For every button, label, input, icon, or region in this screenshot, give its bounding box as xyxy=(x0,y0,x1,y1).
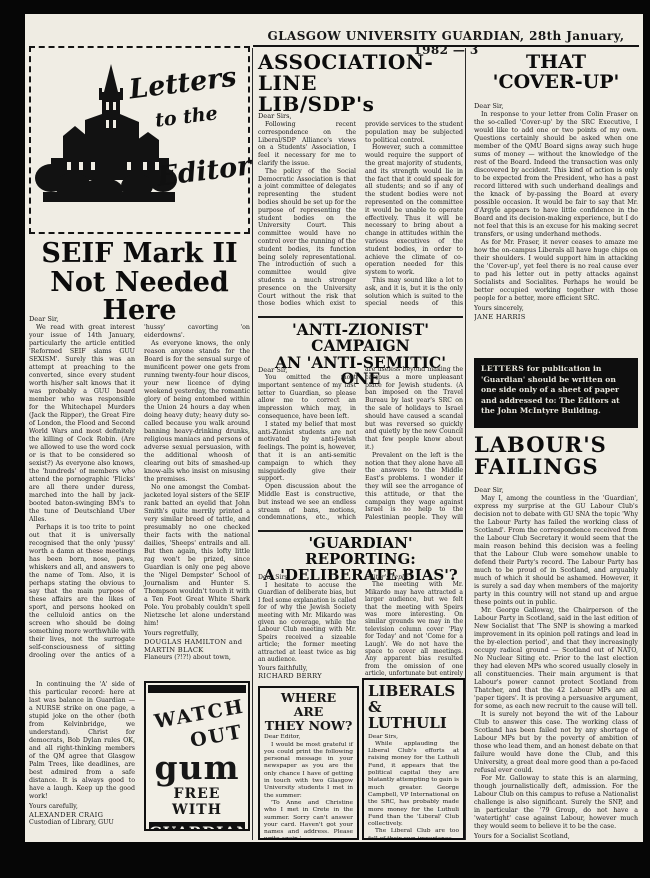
gum-word: gum xyxy=(146,753,248,783)
association-headline-line1: ASSOCIATION-LINE xyxy=(258,52,463,94)
reporting-letter-body: Dear Sirs, I hesitate to accuse the Guar… xyxy=(258,574,463,680)
liberals-letter-box: LIBERALS & LUTHULI Dear Sirs, While appl… xyxy=(362,678,465,840)
paragraph: You omitted the most important sentence … xyxy=(258,374,356,421)
letters-notice: LETTERS for publication in 'Guardian' sh… xyxy=(474,358,638,428)
paragraph: I hesitate to accuse the Guardian of del… xyxy=(258,582,356,663)
paragraph: It is surely not beyond the wit of the L… xyxy=(474,711,638,775)
association-paragraphs: Following recent correspondence on the L… xyxy=(258,121,463,309)
paragraph: For Mr. Galloway to state this is an ala… xyxy=(474,775,638,831)
where-headline: WHERE ARE THEY NOW? xyxy=(264,691,353,732)
coverup-headline: THAT 'COVER-UP' xyxy=(474,52,638,92)
coverup-headline-line1: THAT xyxy=(474,52,638,72)
advert-top-band xyxy=(148,685,246,693)
column-divider-right xyxy=(465,48,466,840)
reporting-letter-column: Dear Sirs, I hesitate to accuse the Guar… xyxy=(258,574,356,680)
newspaper-page: GLASGOW UNIVERSITY GUARDIAN, 28th Januar… xyxy=(25,14,643,842)
labour-headline-line2: FAILINGS xyxy=(474,456,638,478)
coverup-headline-line2: 'COVER-UP' xyxy=(474,72,638,92)
seif-reply-cont-paragraphs: In continuing the 'A' side of this parti… xyxy=(29,681,135,801)
paragraph: In continuing the 'A' side of this parti… xyxy=(29,681,135,801)
paragraph: As everyone knows, the only reason anyon… xyxy=(144,340,250,484)
masthead-rule xyxy=(253,45,639,47)
reporting-salutation: Dear Sirs, xyxy=(258,574,356,582)
seif-headline-line1: SEIF Mark II xyxy=(29,240,250,269)
paragraph: I would be most grateful if you could pr… xyxy=(264,742,353,800)
paragraph: While applauding the Liberal Club's effo… xyxy=(368,741,459,829)
editors-reply-label: Editor's reply. xyxy=(365,574,463,581)
labour-headline: LABOUR'S FAILINGS xyxy=(474,434,638,479)
reporting-paragraphs: I hesitate to accuse the Guardian of del… xyxy=(258,582,356,663)
paragraph: 'To Anne and Christine who I met in Cret… xyxy=(264,800,353,840)
antizionist-headline-line1: 'ANTI-ZIONIST' CAMPAIGN xyxy=(258,322,463,355)
paragraph: In response to your letter from Colin Fr… xyxy=(474,111,638,239)
liberals-letter-body: Dear Sirs, While applauding the Liberal … xyxy=(368,734,459,840)
liberals-paragraphs: While applauding the Liberal Club's effo… xyxy=(368,741,459,840)
seif-reply-continuation: In continuing the 'A' side of this parti… xyxy=(29,681,135,839)
guardian-brand: GUARDIAN xyxy=(149,822,245,831)
editors-reply-column: Editor's reply. The meeting with Mr. Mik… xyxy=(365,574,463,680)
paragraph: The Liberal Club are too full of their o… xyxy=(368,828,459,840)
gum-advert: WATCH OUT gum FREE WITH GUARDIAN xyxy=(144,681,250,831)
reporting-headline-line1: 'GUARDIAN' REPORTING: xyxy=(258,536,463,568)
seif-paragraphs: We read with great interest your issue o… xyxy=(29,324,250,675)
labour-headline-line1: LABOUR'S xyxy=(474,434,638,456)
paragraph: The meeting with Mr. Mikardo may have at… xyxy=(365,581,463,680)
association-headline: ASSOCIATION-LINE LIB/SDP's xyxy=(258,52,463,116)
editors-reply-paragraphs: The meeting with Mr. Mikardo may have at… xyxy=(365,581,463,680)
coverup-signature: Yours sincerely, JANE HARRIS xyxy=(474,305,638,321)
paragraph: However, such a committee would require … xyxy=(365,144,463,277)
seif-salutation: Dear Sir, xyxy=(29,315,250,323)
section-rule xyxy=(258,530,463,532)
where-letter-box: WHERE ARE THEY NOW? Dear Editor, I would… xyxy=(258,686,359,840)
letters-notice-lead: LETTERS xyxy=(481,364,524,373)
paragraph: I stated my belief that most anti-Zionis… xyxy=(258,421,356,483)
newspaper-scan: GLASGOW UNIVERSITY GUARDIAN, 28th Januar… xyxy=(0,0,650,878)
labour-letter-body: May I, among the countless in the 'Guard… xyxy=(474,495,638,839)
paragraph: Mr. George Galloway, the Chairperson of … xyxy=(474,607,638,711)
labour-signature: Yours for a Socialist Scotland, DOUGLAS … xyxy=(474,833,638,839)
paragraph: As for Mr. Fraser, it never ceases to am… xyxy=(474,239,638,303)
where-letter-body: Dear Editor, I would be most grateful if… xyxy=(264,734,353,840)
seif-letter-body: We read with great interest your issue o… xyxy=(29,324,250,675)
paragraph: Following recent correspondence on the L… xyxy=(258,121,356,168)
paragraph: We read with great interest your issue o… xyxy=(29,324,135,524)
liberals-headline: LIBERALS & LUTHULI xyxy=(368,683,459,732)
association-salutation: Dear Sirs, xyxy=(258,112,463,120)
antizionist-paragraphs: You omitted the most important sentence … xyxy=(258,366,463,524)
antizionist-letter-body: Dear Sir, You omitted the most important… xyxy=(258,366,463,524)
labour-paragraphs: May I, among the countless in the 'Guard… xyxy=(474,495,638,831)
coverup-paragraphs: In response to your letter from Colin Fr… xyxy=(474,111,638,303)
where-paragraphs: I would be most grateful if you could pr… xyxy=(264,742,353,840)
coverup-letter-body: In response to your letter from Colin Fr… xyxy=(474,111,638,353)
coverup-salutation: Dear Sir, xyxy=(474,102,638,110)
seif-reply-signature: Yours carefully, ALEXANDER CRAIG Custodi… xyxy=(29,803,135,827)
labour-salutation: Dear Sir, xyxy=(474,486,638,494)
free-with-line: FREE WITH xyxy=(146,786,248,818)
section-rule xyxy=(258,316,463,318)
paragraph: No one amongst the Combat-jacketed loyal… xyxy=(144,484,250,628)
column-divider-left xyxy=(252,48,253,840)
reporting-signature: Yours faithfully, RICHARD BERRY xyxy=(258,665,356,680)
antizionist-salutation: Dear Sir, xyxy=(258,366,356,374)
association-letter-body: Following recent correspondence on the L… xyxy=(258,121,463,309)
letters-to-editor-box: Letters to the Editor xyxy=(29,46,250,234)
seif-headline: SEIF Mark II Not Needed Here xyxy=(29,240,250,326)
paragraph: May I, among the countless in the 'Guard… xyxy=(474,495,638,607)
